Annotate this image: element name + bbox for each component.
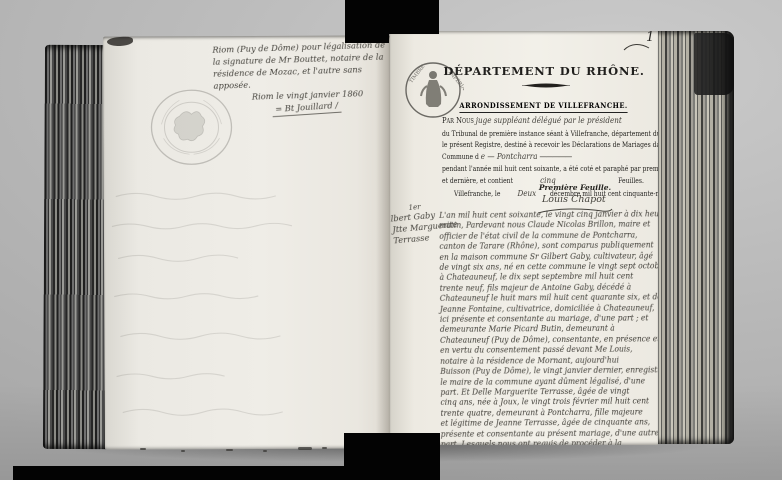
ornament-divider bbox=[522, 81, 570, 90]
preamble-line: du Tribunal de première instance séant à… bbox=[442, 128, 620, 140]
preamble-line: le présent Registre, destiné à recevoir … bbox=[442, 139, 620, 151]
edge-speck bbox=[263, 450, 267, 452]
scanner-mask-top bbox=[345, 0, 439, 34]
left-page-edge-stack bbox=[43, 45, 109, 449]
edge-speck bbox=[181, 450, 185, 452]
premiere-feuille-label: Première Feuille. bbox=[520, 183, 630, 192]
preamble-line: Par Nous juge suppléant délégué par le p… bbox=[442, 115, 620, 128]
right-page: TIMBRE IMPÉRIAL DÉPARTEMENT DU RHÔNE. AR… bbox=[390, 31, 658, 445]
preamble-line: Commune d e — Pontcharra ————— bbox=[442, 151, 620, 164]
handwritten-line: part. Lesquels nous ont requis de procéd… bbox=[441, 437, 657, 445]
archival-book-scan: Riom (Puy de Dôme) pour légalisation de … bbox=[0, 0, 782, 480]
handwritten-act-body: L'an mil huit cent soixante, le vingt ci… bbox=[439, 208, 658, 445]
judge-signature: Louis Chapot bbox=[542, 194, 606, 205]
edge-speck bbox=[140, 448, 146, 450]
court-stamp-icon bbox=[145, 86, 237, 168]
edge-smudge bbox=[298, 447, 312, 450]
edge-speck bbox=[322, 447, 327, 449]
arrondissement-heading: ARRONDISSEMENT DE VILLEFRANCHE. bbox=[438, 93, 650, 113]
scanner-mask-top-tab bbox=[345, 34, 389, 43]
scanner-mask-bottom-band bbox=[13, 466, 345, 480]
fore-edge-dark-corner bbox=[694, 33, 734, 95]
folio-number: 1 bbox=[646, 30, 654, 45]
preamble-line: pendant l'année mil huit cent soixante, … bbox=[442, 163, 620, 175]
ink-bleedthrough bbox=[110, 175, 381, 436]
department-heading: DÉPARTEMENT DU RHÔNE. bbox=[438, 64, 650, 78]
scanner-mask-bottom-bar bbox=[344, 433, 440, 480]
folio-number-area: 1 bbox=[622, 28, 668, 56]
edge-speck bbox=[226, 449, 233, 451]
left-page: Riom (Puy de Dôme) pour légalisation de … bbox=[103, 35, 392, 449]
